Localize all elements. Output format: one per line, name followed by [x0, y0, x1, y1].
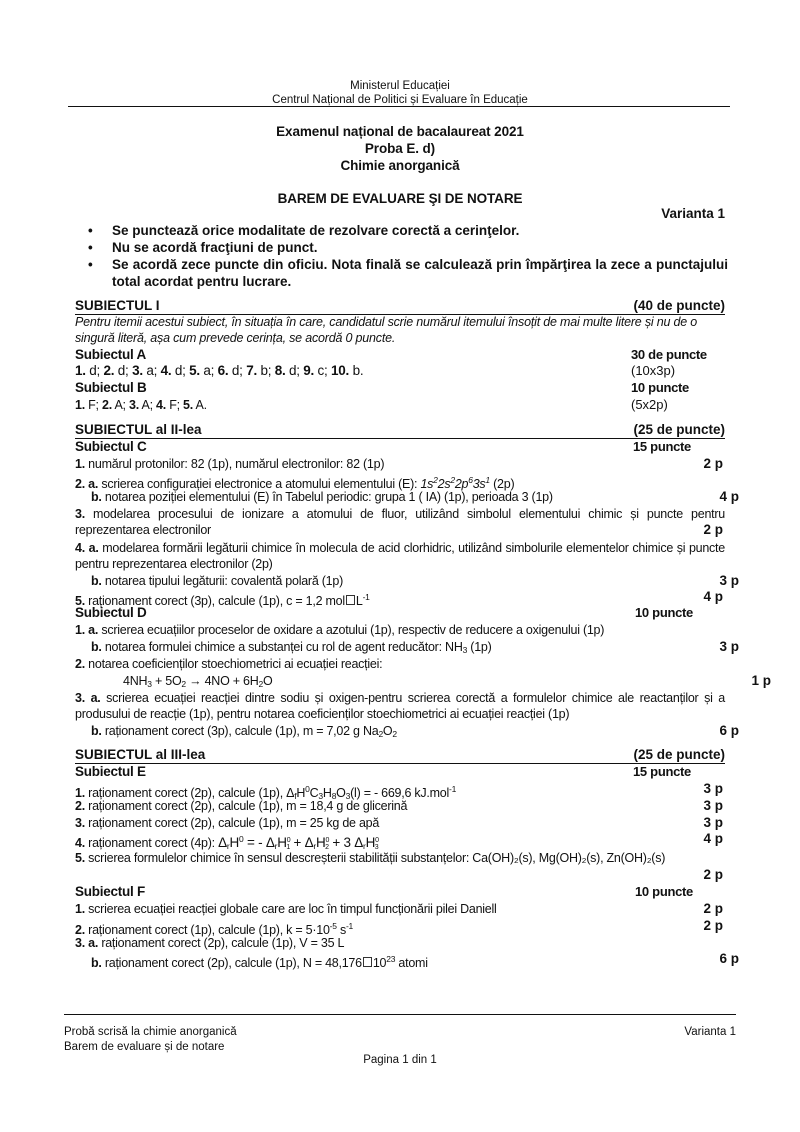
- item-text: notarea formulei chimice a substanței cu…: [105, 640, 463, 654]
- subiectul-e-title: Subiectul E: [75, 764, 146, 779]
- subiectul-2-points: (25 de puncte): [633, 422, 725, 438]
- answer-number: 5.: [183, 398, 193, 412]
- exam-title: Examenul național de bacalaureat 2021: [0, 123, 800, 140]
- footer-left-1: Probă scrisă la chimie anorganică: [64, 1025, 237, 1039]
- subiectul-1-points: (40 de puncte): [633, 298, 725, 314]
- item-number: 1.: [75, 902, 85, 916]
- subiectul-a-scoring: (10x3p): [631, 363, 675, 379]
- item-number: b.: [91, 574, 102, 588]
- item-number: 2.: [75, 657, 85, 671]
- center-name: Centrul Național de Politici și Evaluare…: [0, 93, 800, 107]
- subiectul-a-answers: 1. d; 2. d; 3. a; 4. d; 5. a; 6. d; 7. b…: [75, 363, 725, 379]
- footer-left-2: Barem de evaluare și de notare: [64, 1040, 224, 1054]
- item-c4a: 4. a. modelarea formării legăturii chimi…: [75, 540, 725, 572]
- item-text: notarea tipului legăturii: covalentă pol…: [105, 574, 343, 588]
- page-number: Pagina 1 din 1: [0, 1053, 800, 1067]
- varianta-label: Varianta 1: [661, 206, 725, 221]
- item-e5: 5. scrierea formulelor chimice în sensul…: [75, 850, 725, 866]
- answer-letter: A;: [112, 398, 129, 412]
- item-score: 3 p: [703, 798, 723, 814]
- answer-letter: F;: [85, 398, 102, 412]
- item-number: b.: [91, 490, 102, 504]
- answer-number: 5.: [189, 363, 200, 378]
- item-c1: 1. numărul protonilor: 82 (1p), numărul …: [75, 456, 725, 472]
- item-text: raționament corect (2p), calcule (1p), N…: [105, 956, 362, 970]
- subiectul-3-title: SUBIECTUL al III-lea: [75, 747, 205, 762]
- rule-item: Nu se acordă fracţiuni de punct.: [88, 239, 728, 256]
- item-number: 3. a.: [75, 936, 98, 950]
- item-text: scrierea formulelor chimice în sensul de…: [88, 851, 665, 865]
- subiectul-c-points: 15 puncte: [633, 439, 691, 455]
- answer-number: 4.: [161, 363, 172, 378]
- item-f3b: b. raționament corect (2p), calcule (1p)…: [75, 951, 741, 971]
- item-text: numărul protonilor: 82 (1p), numărul ele…: [88, 457, 384, 471]
- item-number: 3.: [75, 816, 85, 830]
- item-d3a: 3. a. scrierea ecuației reacției dintre …: [75, 690, 725, 722]
- item-score: 3 p: [719, 639, 739, 655]
- item-text: raționament corect (3p), calcule (1p), m…: [105, 724, 379, 738]
- subject-title: Chimie anorganică: [0, 157, 800, 174]
- item-text: raționament corect (2p), calcule (1p), V…: [101, 936, 344, 950]
- item-text: raționament corect (2p), calcule (1p), m…: [88, 799, 407, 813]
- barem-title: BAREM DE EVALUARE ŞI DE NOTARE: [0, 190, 800, 207]
- subiectul-b-answers: 1. F; 2. A; 3. A; 4. F; 5. A. (5x2p): [75, 397, 725, 413]
- subiectul-e-header: Subiectul E 15 puncte: [75, 764, 725, 780]
- unit-exponent: -1: [363, 592, 370, 602]
- item-text-tail: atomi: [395, 956, 428, 970]
- item-score: 3 p: [719, 573, 739, 589]
- subiectul-a-points: 30 de puncte: [631, 347, 707, 363]
- item-number: 1. a.: [75, 623, 98, 637]
- item-number: b.: [91, 724, 102, 738]
- subiectul-b-points: 10 puncte: [631, 380, 689, 396]
- missing-glyph-box: [363, 957, 372, 967]
- item-score: 2 p: [703, 901, 723, 917]
- subiectul-e-points: 15 puncte: [633, 764, 691, 780]
- answer-letter: F;: [166, 398, 183, 412]
- answer-number: 7.: [246, 363, 257, 378]
- answer-letter: d;: [86, 363, 104, 378]
- item-text: raționament corect (4p):: [88, 836, 218, 850]
- item-number: b.: [91, 956, 102, 970]
- item-number: b.: [91, 640, 102, 654]
- item-score: 4 p: [719, 489, 739, 505]
- answer-number: 3.: [129, 398, 139, 412]
- answer-letter: c;: [314, 363, 331, 378]
- answer-number: 6.: [218, 363, 229, 378]
- chemical-equation: 4NH3 + 5O2 → 4NO + 6H2O: [123, 674, 273, 688]
- answer-letter: d;: [228, 363, 246, 378]
- item-number: 4.: [75, 836, 85, 850]
- answer-letter: A.: [193, 398, 207, 412]
- subiectul-1-note: Pentru itemii acestui subiect, în situaț…: [75, 314, 725, 346]
- subiectul-1-header: SUBIECTUL I (40 de puncte): [75, 298, 725, 315]
- subiectul-d-points: 10 puncte: [635, 605, 693, 621]
- item-c4b: b. notarea tipului legăturii: covalentă …: [75, 573, 741, 589]
- answer-number: 3.: [132, 363, 143, 378]
- answer-letter: a;: [143, 363, 161, 378]
- footer-variant: Varianta 1: [684, 1025, 736, 1039]
- item-text: scrierea ecuației reacției dintre sodiu …: [75, 691, 725, 721]
- subiectul-2-title: SUBIECTUL al II-lea: [75, 422, 202, 437]
- subiectul-1-title: SUBIECTUL I: [75, 298, 160, 313]
- proba-title: Proba E. d): [0, 140, 800, 157]
- item-e3: 3. raționament corect (2p), calcule (1p)…: [75, 815, 725, 831]
- item-number: 4. a.: [75, 541, 99, 555]
- item-text-tail: (1p): [467, 640, 491, 654]
- rule-item: Se acordă zece puncte din oficiu. Nota f…: [88, 256, 728, 290]
- subiectul-c-title: Subiectul C: [75, 439, 147, 454]
- answer-letter: A;: [139, 398, 156, 412]
- item-score: 3 p: [703, 815, 723, 831]
- subiectul-b-title: Subiectul B: [75, 380, 147, 395]
- header-divider: [68, 106, 730, 107]
- item-score: 2 p: [703, 456, 723, 472]
- answer-letter: d;: [114, 363, 132, 378]
- subiectul-d-title: Subiectul D: [75, 605, 147, 620]
- item-score: 2 p: [703, 867, 723, 883]
- answer-number: 10.: [331, 363, 349, 378]
- item-number: 3. a.: [75, 691, 101, 705]
- item-score: 4 p: [703, 831, 723, 847]
- item-text: scrierea ecuației reacției globale care …: [88, 902, 496, 916]
- item-f3a: 3. a. raționament corect (2p), calcule (…: [75, 935, 725, 951]
- item-text-tail: O: [383, 724, 392, 738]
- subiectul-f-title: Subiectul F: [75, 884, 145, 899]
- item-number: 1.: [75, 457, 85, 471]
- item-text: modelarea procesului de ionizare a atomu…: [75, 507, 725, 537]
- item-d1a: 1. a. scrierea ecuațiilor proceselor de …: [75, 622, 725, 638]
- answer-number: 9.: [303, 363, 314, 378]
- enthalpy-formula: ΔrH0 = - ΔrH01 + ΔrH02 + 3 ΔrH03: [218, 835, 378, 850]
- ministry-name: Ministerul Educației: [0, 79, 800, 93]
- item-c3: 3. modelarea procesului de ionizare a at…: [75, 506, 725, 538]
- item-number: 3.: [75, 507, 85, 521]
- item-score: 1 p: [751, 673, 771, 689]
- item-c2b: b. notarea poziției elementului (E) în T…: [75, 489, 741, 505]
- answer-letter: b.: [349, 363, 363, 378]
- subiectul-a-title: Subiectul A: [75, 347, 146, 362]
- item-score: 4 p: [703, 589, 723, 605]
- answer-number: 4.: [156, 398, 166, 412]
- item-text: modelarea formării legăturii chimice în …: [75, 541, 725, 571]
- missing-glyph-box: [346, 595, 355, 605]
- item-e2: 2. raționament corect (2p), calcule (1p)…: [75, 798, 725, 814]
- item-d2: 2. notarea coeficienților stoechiometric…: [75, 656, 725, 672]
- subiectul-c-header: Subiectul C 15 puncte: [75, 439, 725, 455]
- answer-list-a: 1. d; 2. d; 3. a; 4. d; 5. a; 6. d; 7. b…: [75, 363, 363, 378]
- subiectul-d-header: Subiectul D 10 puncte: [75, 605, 725, 621]
- answer-list-b: 1. F; 2. A; 3. A; 4. F; 5. A.: [75, 398, 207, 412]
- item-text: scrierea ecuațiilor proceselor de oxidar…: [101, 623, 604, 637]
- answer-number: 8.: [275, 363, 286, 378]
- item-d3b: b. raționament corect (3p), calcule (1p)…: [75, 723, 741, 742]
- footer-divider: [64, 1014, 736, 1015]
- item-score: 2 p: [703, 522, 723, 538]
- item-f1: 1. scrierea ecuației reacției globale ca…: [75, 901, 725, 917]
- item-score: 6 p: [719, 723, 739, 739]
- subiectul-f-points: 10 puncte: [635, 884, 693, 900]
- answer-number: 1.: [75, 363, 86, 378]
- general-rules: Se punctează orice modalitate de rezolva…: [88, 222, 728, 290]
- subiectul-b-header: Subiectul B 10 puncte: [75, 380, 725, 396]
- item-text: raționament corect (2p), calcule (1p), m…: [88, 816, 379, 830]
- answer-letter: d;: [285, 363, 303, 378]
- item-score: 2 p: [703, 918, 723, 934]
- subiectul-b-scoring: (5x2p): [631, 397, 668, 413]
- answer-number: 2.: [102, 398, 112, 412]
- subiectul-a-header: Subiectul A 30 de puncte: [75, 347, 725, 363]
- item-text: notarea poziției elementului (E) în Tabe…: [105, 490, 553, 504]
- answer-letter: b;: [257, 363, 275, 378]
- subiectul-2-header: SUBIECTUL al II-lea (25 de puncte): [75, 422, 725, 439]
- answer-number: 2.: [104, 363, 115, 378]
- item-score: 3 p: [703, 781, 723, 797]
- answer-letter: a;: [200, 363, 218, 378]
- subiectul-3-points: (25 de puncte): [633, 747, 725, 763]
- item-text-tail: 10: [373, 956, 386, 970]
- subiectul-3-header: SUBIECTUL al III-lea (25 de puncte): [75, 747, 725, 764]
- answer-letter: d;: [171, 363, 189, 378]
- item-number: 2.: [75, 799, 85, 813]
- rule-item: Se punctează orice modalitate de rezolva…: [88, 222, 728, 239]
- answer-number: 1.: [75, 398, 85, 412]
- item-text: notarea coeficienților stoechiometrici a…: [88, 657, 382, 671]
- item-number: 5.: [75, 851, 85, 865]
- item-score: 6 p: [719, 951, 739, 967]
- subiectul-f-header: Subiectul F 10 puncte: [75, 884, 725, 900]
